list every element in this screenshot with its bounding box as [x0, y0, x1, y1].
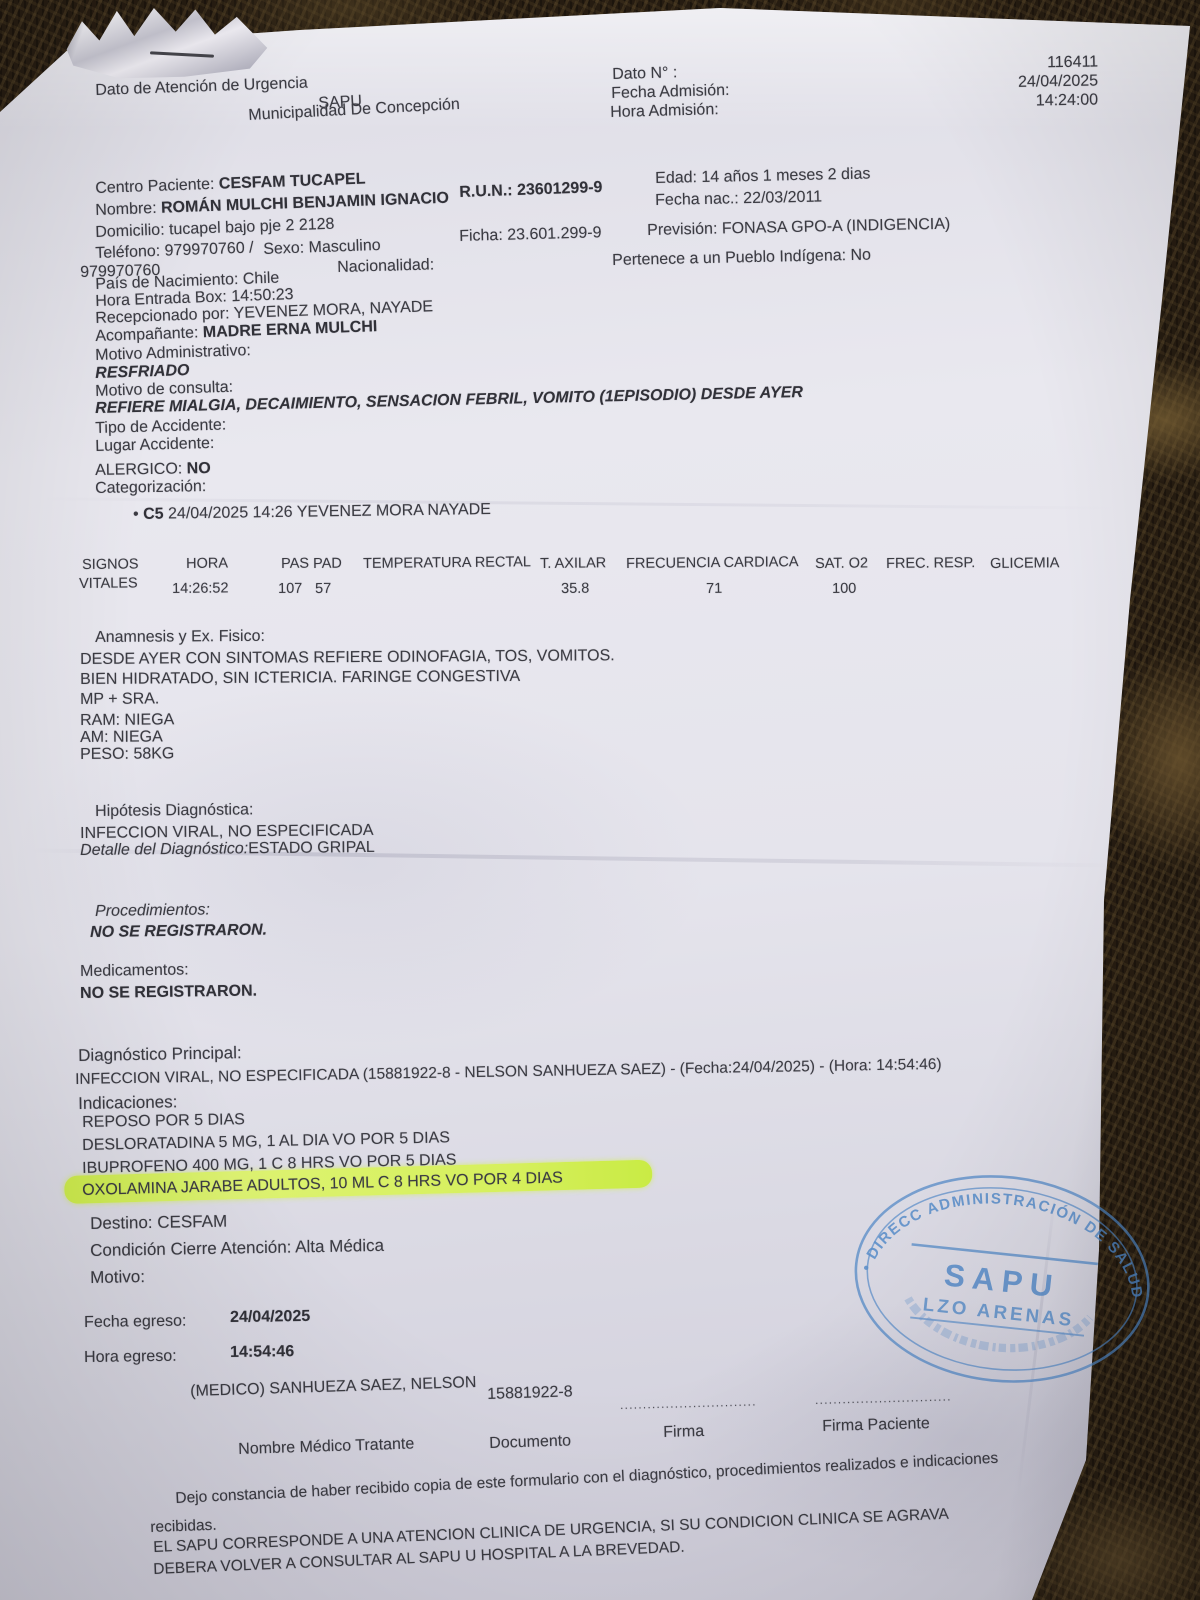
centro-label: Centro Paciente: [95, 176, 215, 197]
detalle-diagnostico: Detalle del Diagnóstico:ESTADO GRIPAL [80, 839, 375, 860]
categorizacion-label: Categorización: [95, 478, 206, 498]
sapu-rubber-stamp: • DIRECC ADMINISTRACIÓN DE SALUD SAPU LZ… [835, 1154, 1168, 1405]
medicamentos-value: NO SE REGISTRARON. [80, 983, 257, 1004]
anamnesis-line-3: MP + SRA. [80, 690, 159, 709]
crumpled-corner [58, 5, 276, 79]
peso-line: PESO: 58KG [80, 745, 174, 764]
procedimientos-value: NO SE REGISTRARON. [90, 922, 267, 943]
detalle-label: Detalle del Diagnóstico: [80, 840, 248, 859]
vitales-header-frec-resp: FREC. RESP. [886, 555, 975, 573]
fecha-egreso-label: Fecha egreso: [84, 1313, 187, 1333]
hipotesis-label: Hipótesis Diagnóstica: [95, 801, 253, 821]
vitales-row-label-1: SIGNOS [82, 556, 139, 573]
categoria-code: C5 [143, 506, 164, 523]
medicamentos-label: Medicamentos: [80, 961, 189, 981]
vitales-value-t-axilar: 35.8 [561, 581, 589, 598]
vitales-header-pas: PAS [281, 556, 309, 573]
indicacion-reposo: REPOSO POR 5 DIAS [82, 1111, 245, 1132]
nacionalidad-label: Nacionalidad: [337, 256, 434, 277]
fecha-egreso-value: 24/04/2025 [230, 1308, 310, 1328]
vitales-header-hora: HORA [186, 556, 228, 573]
vitales-header-frec-cardiaca: FRECUENCIA CARDIACA [626, 554, 799, 572]
col-documento: Documento [489, 1432, 571, 1453]
vitales-row-label-2: VITALES [79, 575, 138, 592]
hora-egreso-label: Hora egreso: [84, 1348, 177, 1368]
lugar-accidente-label: Lugar Accidente: [95, 435, 215, 457]
dato-n-label: Dato N° : [612, 64, 678, 84]
hora-admision-value: 14:24:00 [950, 91, 1098, 112]
vitales-header-t-axilar: T. AXILAR [540, 555, 606, 572]
col-firma-paciente: Firma Paciente [822, 1415, 930, 1436]
fecha-admision-label: Fecha Admisión: [611, 82, 730, 103]
photo-of-medical-form: { "header": { "doc_type": "Dato de Atenc… [0, 0, 1200, 1600]
vitales-value-frec-cardiaca: 71 [706, 581, 722, 598]
hora-admision-label: Hora Admisión: [610, 101, 719, 122]
anamnesis-line-2: BIEN HIDRATADO, SIN ICTERICIA. FARINGE C… [80, 668, 520, 689]
vitales-header-pad: PAD [313, 556, 342, 573]
fecha-nac: Fecha nac.: 22/03/2011 [655, 189, 822, 211]
medico-documento: 15881922-8 [487, 1383, 573, 1404]
vitales-value-sat-o2: 100 [832, 581, 856, 598]
diagnostico-label: Diagnóstico Principal: [78, 1043, 242, 1065]
alergico-value: NO [187, 460, 211, 477]
anamnesis-line-1: DESDE AYER CON SINTOMAS REFIERE ODINOFAG… [80, 647, 615, 669]
fecha-admision-value: 24/04/2025 [950, 72, 1098, 93]
motivo-cierre-label: Motivo: [90, 1267, 145, 1288]
indicaciones-label: Indicaciones: [78, 1092, 178, 1113]
nombre-label: Nombre: [95, 200, 157, 219]
vitales-value-pas: 107 [278, 581, 302, 598]
bullet-icon: • [133, 506, 139, 523]
vitales-header-temp-rectal: TEMPERATURA RECTAL [363, 554, 531, 572]
vitales-value-hora: 14:26:52 [172, 580, 229, 597]
detalle-value: ESTADO GRIPAL [248, 839, 375, 857]
vitales-value-pad: 57 [315, 581, 331, 598]
ficha: Ficha: 23.601.299-9 [459, 224, 602, 246]
stamp-rule-top [912, 1244, 1098, 1264]
vitales-header-sat-o2: SAT. O2 [815, 555, 868, 572]
col-firma: Firma [663, 1423, 704, 1442]
anamnesis-label: Anamnesis y Ex. Fisico: [95, 628, 265, 648]
categoria-detail: 24/04/2025 14:26 YEVENEZ MORA NAYADE [168, 501, 491, 523]
hora-egreso-value: 14:54:46 [230, 1343, 294, 1362]
dato-n-value: 116411 [950, 53, 1098, 74]
vitales-header-glicemia: GLICEMIA [990, 555, 1059, 572]
destino: Destino: CESFAM [90, 1212, 227, 1234]
alergico-label: ALERGICO: [95, 460, 182, 479]
footer-line-2: recibidas. [150, 1517, 217, 1537]
procedimientos-label: Procedimientos: [95, 901, 210, 921]
acompanante-label: Acompañante: [95, 324, 199, 345]
